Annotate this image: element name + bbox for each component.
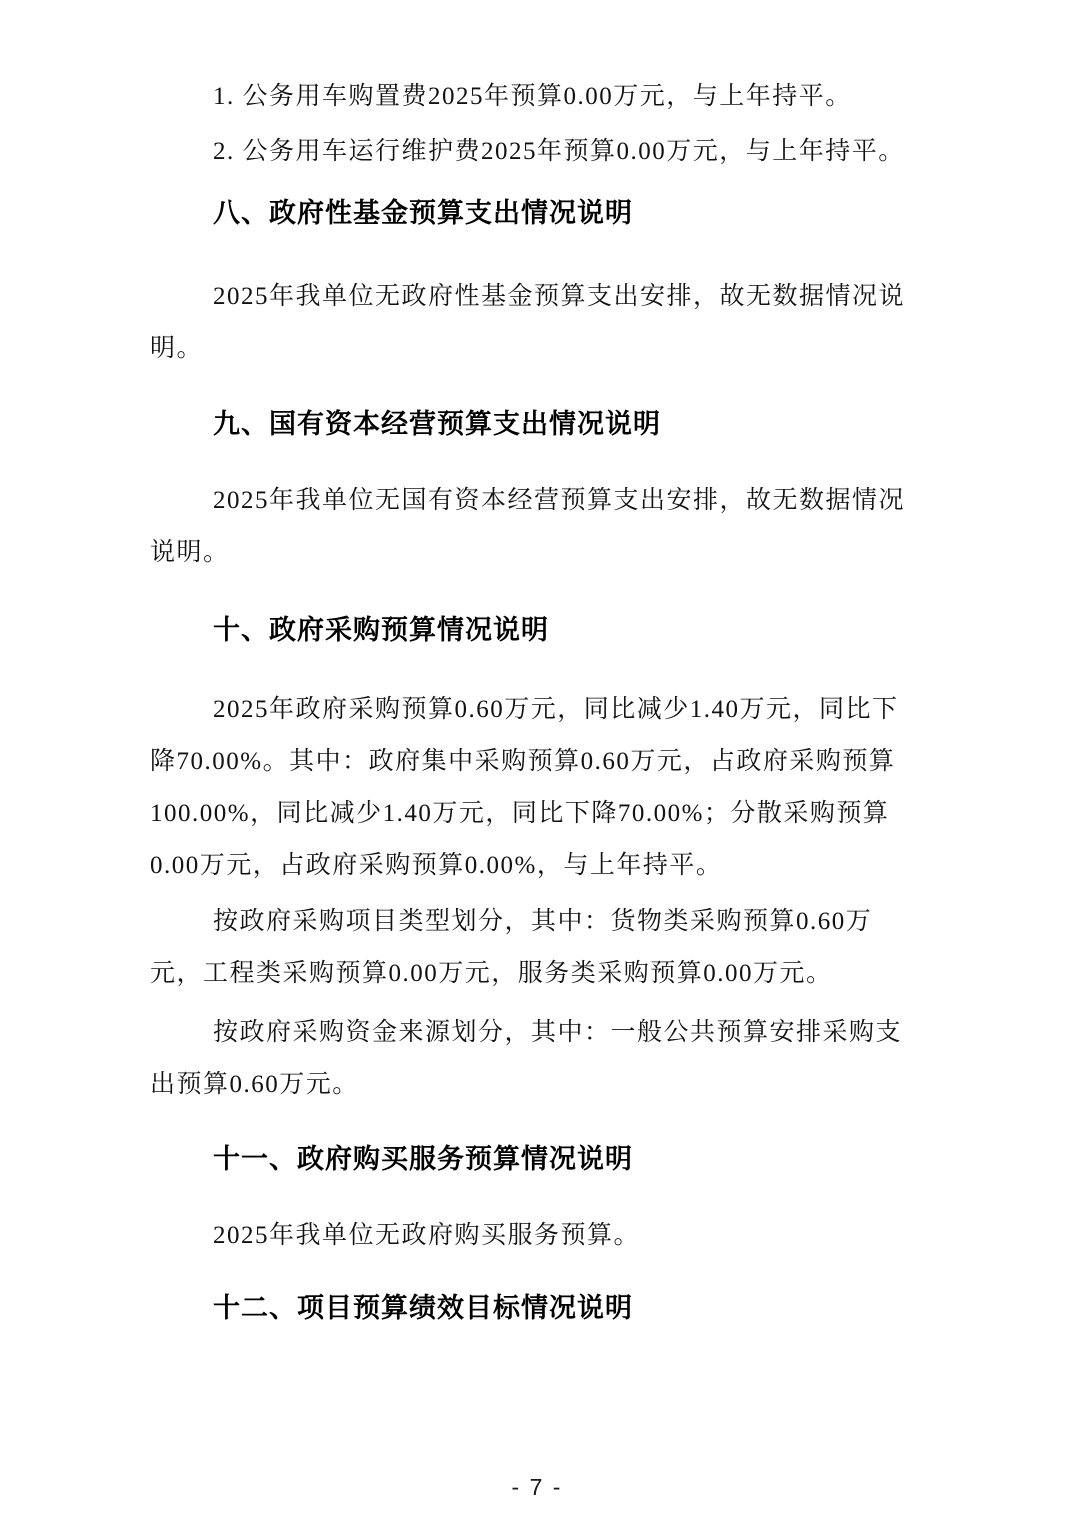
list-item-vehicle-purchase: 1. 公务用车购置费2025年预算0.00万元，与上年持平。 bbox=[150, 71, 852, 123]
paragraph-line: 明。 bbox=[150, 323, 203, 375]
section-heading-govt-purchased-services: 十一、政府购买服务预算情况说明 bbox=[213, 1133, 633, 1185]
paragraph-line: 按政府采购资金来源划分，其中：一般公共预算安排采购支 bbox=[150, 1007, 902, 1059]
paragraph-line: 说明。 bbox=[150, 527, 230, 579]
section-heading-govt-fund-budget: 八、政府性基金预算支出情况说明 bbox=[213, 187, 633, 239]
paragraph-line: 2025年我单位无政府购买服务预算。 bbox=[150, 1210, 640, 1262]
paragraph-line: 2025年我单位无政府性基金预算支出安排，故无数据情况说 bbox=[150, 271, 905, 323]
list-item-vehicle-maintenance: 2. 公务用车运行维护费2025年预算0.00万元，与上年持平。 bbox=[150, 126, 905, 178]
section-heading-govt-procurement-budget: 十、政府采购预算情况说明 bbox=[213, 604, 549, 656]
paragraph-line: 2025年我单位无国有资本经营预算支出安排，故无数据情况 bbox=[150, 475, 905, 527]
paragraph-line: 2025年政府采购预算0.60万元，同比减少1.40万元，同比下 bbox=[150, 684, 899, 736]
section-heading-project-performance-goals: 十二、项目预算绩效目标情况说明 bbox=[213, 1282, 633, 1334]
page-number: - 7 - bbox=[0, 1472, 1074, 1502]
paragraph-line: 按政府采购项目类型划分，其中：货物类采购预算0.60万 bbox=[150, 896, 872, 948]
paragraph-line: 元，工程类采购预算0.00万元，服务类采购预算0.00万元。 bbox=[150, 948, 833, 1000]
section-heading-state-capital-budget: 九、国有资本经营预算支出情况说明 bbox=[213, 398, 661, 450]
paragraph-line: 100.00%，同比减少1.40万元，同比下降70.00%；分散采购预算 bbox=[150, 788, 889, 840]
paragraph-line: 降70.00%。其中：政府集中采购预算0.60万元，占政府采购预算 bbox=[150, 736, 895, 788]
budget-document-page: 1. 公务用车购置费2025年预算0.00万元，与上年持平。 2. 公务用车运行… bbox=[0, 0, 1074, 1520]
paragraph-line: 0.00万元，占政府采购预算0.00%，与上年持平。 bbox=[150, 840, 722, 892]
paragraph-line: 出预算0.60万元。 bbox=[150, 1059, 359, 1111]
